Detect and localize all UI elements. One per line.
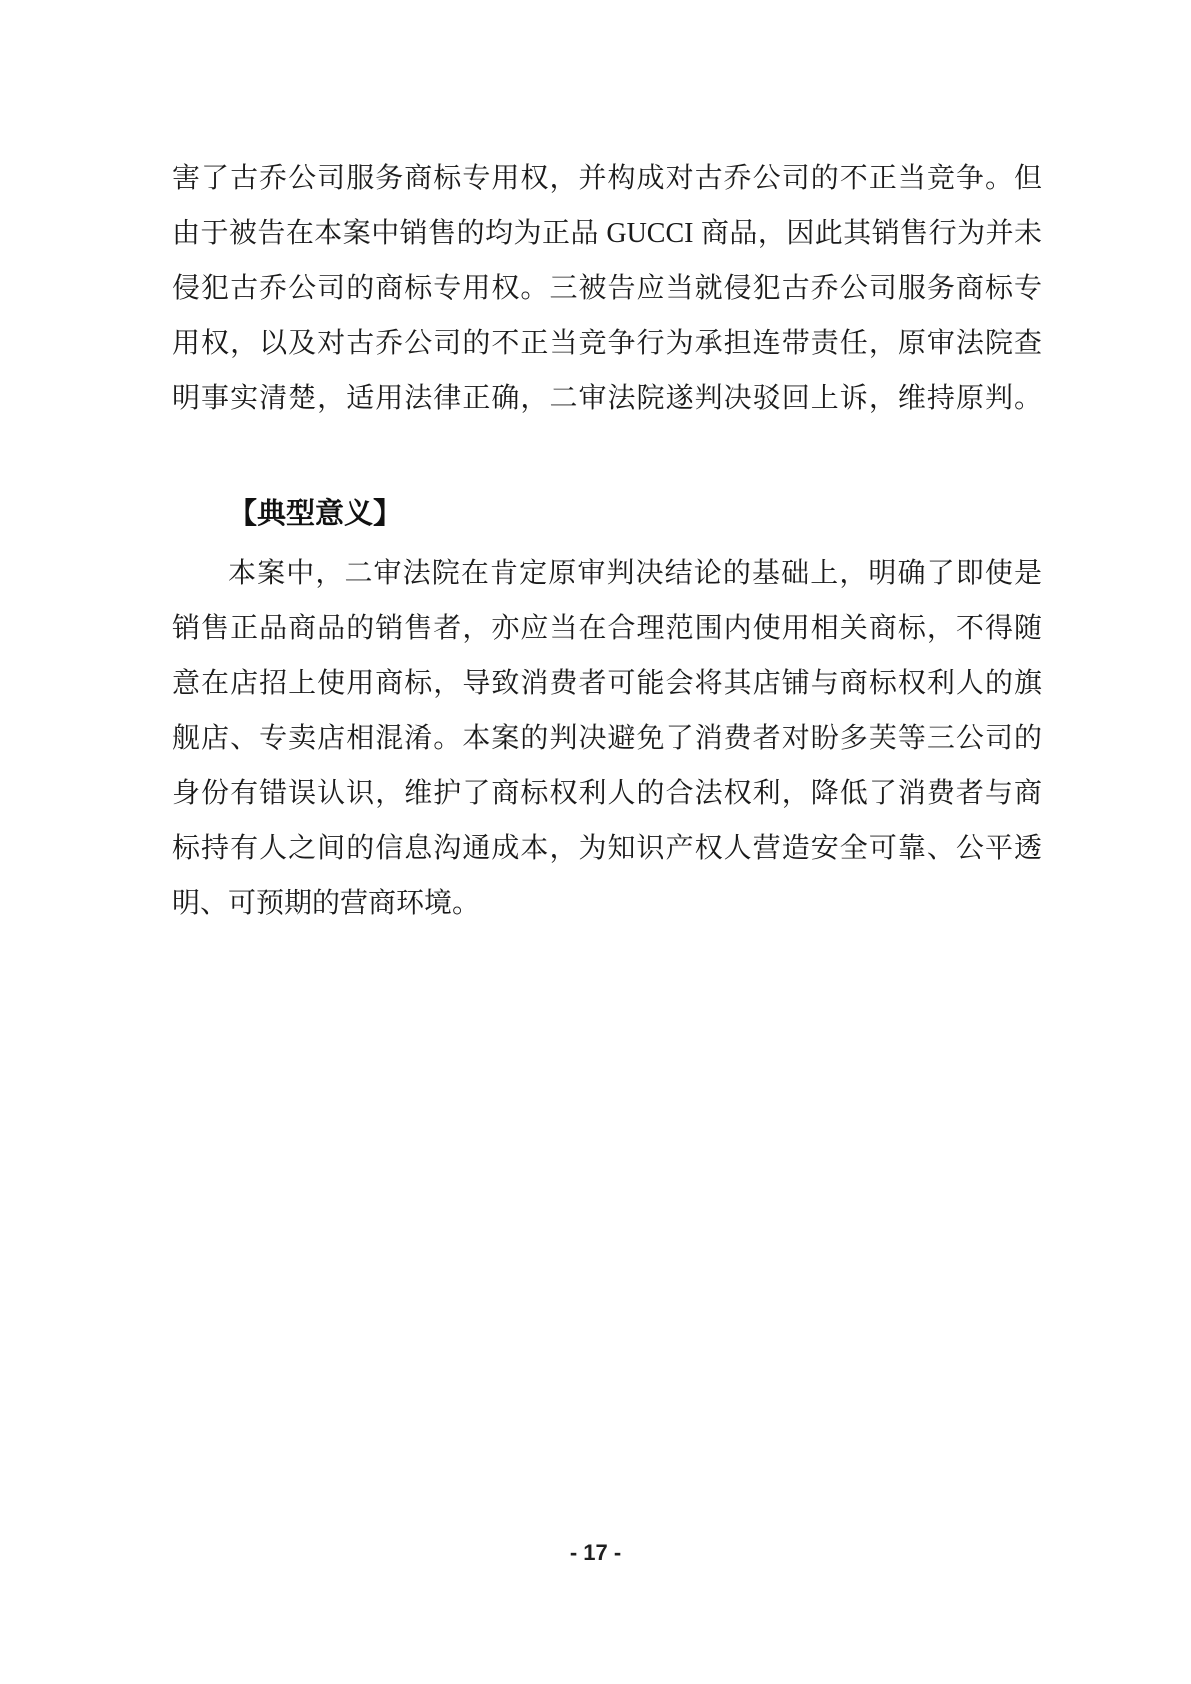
text-line: 由于被告在本案中销售的均为正品 GUCCI 商品，因此其销售行为并未	[172, 206, 1042, 261]
text-line: 标持有人之间的信息沟通成本，为知识产权人营造安全可靠、公平透	[172, 821, 1042, 876]
text-line: 本案中，二审法院在肯定原审判决结论的基础上，明确了即使是	[172, 546, 1042, 601]
section-heading-typical-significance: 【典型意义】	[172, 487, 1042, 542]
text-line: 明事实清楚，适用法律正确，二审法院遂判决驳回上诉，维持原判。	[172, 371, 1042, 426]
text-line: 身份有错误认识，维护了商标权利人的合法权利，降低了消费者与商	[172, 766, 1042, 821]
text-line: 害了古乔公司服务商标专用权，并构成对古乔公司的不正当竞争。但	[172, 151, 1042, 206]
document-page: 害了古乔公司服务商标专用权，并构成对古乔公司的不正当竞争。但 由于被告在本案中销…	[0, 0, 1191, 1684]
text-line: 销售正品商品的销售者，亦应当在合理范围内使用相关商标，不得随	[172, 601, 1042, 656]
paragraph-continuation: 害了古乔公司服务商标专用权，并构成对古乔公司的不正当竞争。但 由于被告在本案中销…	[172, 151, 1042, 426]
page-text-block: 害了古乔公司服务商标专用权，并构成对古乔公司的不正当竞争。但 由于被告在本案中销…	[172, 151, 1042, 931]
text-line: 舰店、专卖店相混淆。本案的判决避免了消费者对盼多芙等三公司的	[172, 711, 1042, 766]
paragraph-typical-significance: 本案中，二审法院在肯定原审判决结论的基础上，明确了即使是 销售正品商品的销售者，…	[172, 546, 1042, 931]
page-number: - 17 -	[0, 1538, 1191, 1568]
text-line: 明、可预期的营商环境。	[172, 876, 1042, 931]
text-line: 用权，以及对古乔公司的不正当竞争行为承担连带责任，原审法院查	[172, 316, 1042, 371]
text-line: 侵犯古乔公司的商标专用权。三被告应当就侵犯古乔公司服务商标专	[172, 261, 1042, 316]
text-line: 意在店招上使用商标，导致消费者可能会将其店铺与商标权利人的旗	[172, 656, 1042, 711]
